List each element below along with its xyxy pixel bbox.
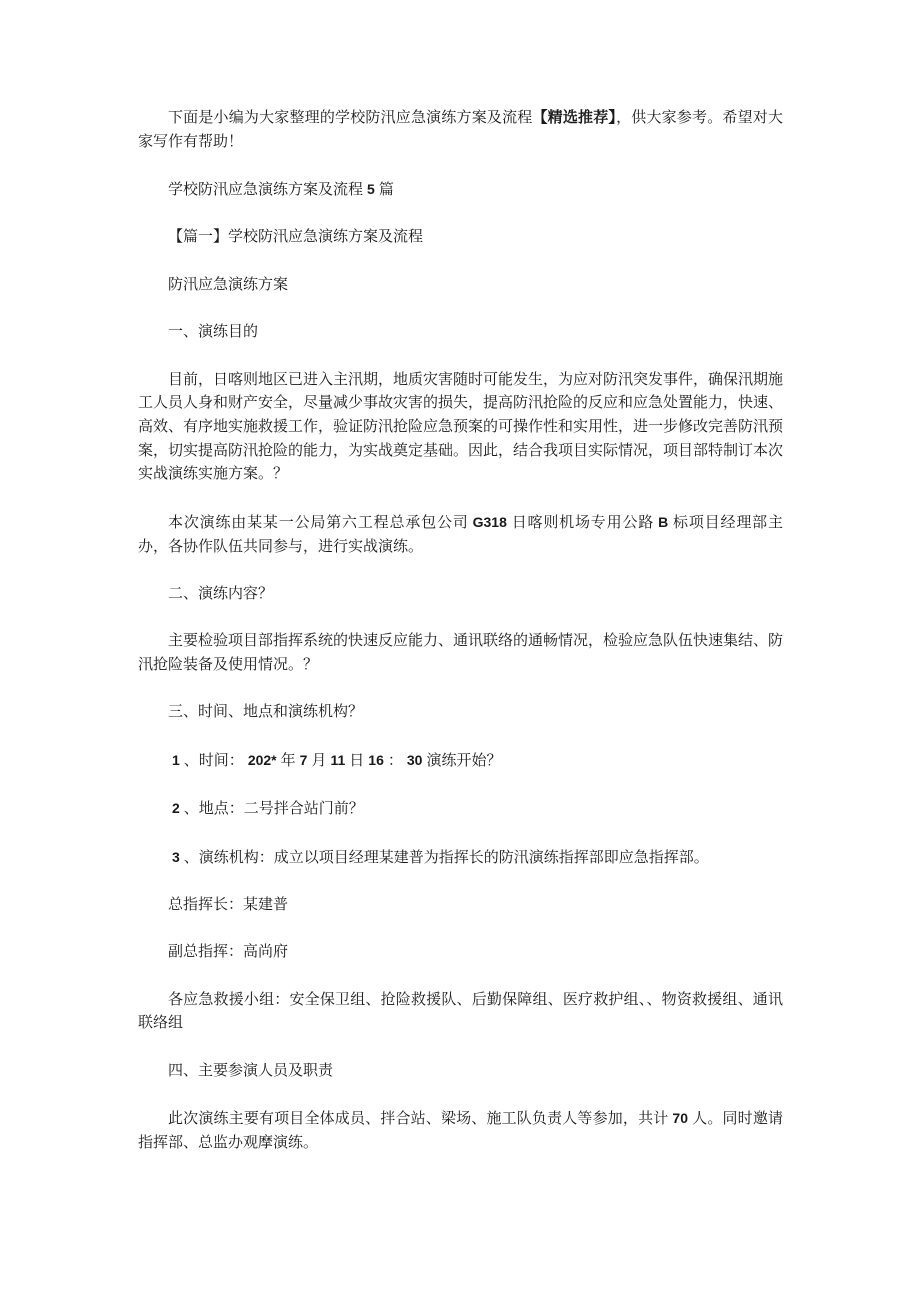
- paragraph-7: 本次演练由某某一公局第六工程总承包公司G318日喀则机场专用公路B标项目经理部主…: [138, 511, 783, 559]
- latin-text: 16: [364, 752, 388, 768]
- paragraph-11: 1、时间：202*年7月11日16：30演练开始？: [138, 749, 783, 774]
- latin-text: 30: [403, 752, 427, 768]
- latin-text: 7: [296, 752, 312, 768]
- latin-text: 202*: [244, 752, 281, 768]
- paragraph-4: 防汛应急演练方案: [138, 274, 783, 298]
- paragraph-8: 二、演练内容？: [138, 583, 783, 607]
- latin-text: G318: [469, 514, 511, 530]
- paragraph-17: 四、主要参演人员及职责: [138, 1060, 783, 1084]
- latin-text: 1: [168, 752, 184, 768]
- paragraph-5: 一、演练目的: [138, 321, 783, 345]
- paragraph-13: 3、演练机构：成立以项目经理某建普为指挥长的防汛演练指挥部即应急指挥部。: [138, 846, 783, 871]
- latin-text: 5: [363, 181, 379, 197]
- paragraph-2: 学校防汛应急演练方案及流程5篇: [138, 178, 783, 203]
- latin-text: 70: [668, 1110, 692, 1126]
- paragraph-1: 下面是小编为大家整理的学校防汛应急演练方案及流程【精选推荐】，供大家参考。希望对…: [138, 107, 783, 154]
- paragraph-9: 主要检验项目部指挥系统的快速反应能力、通讯联络的通畅情况，检验应急队伍快速集结、…: [138, 630, 783, 677]
- paragraph-6: 目前，日喀则地区已进入主汛期，地质灾害随时可能发生，为应对防汛突发事件，确保汛期…: [138, 369, 783, 488]
- paragraph-18: 此次演练主要有项目全体成员、拌合站、梁场、施工队负责人等参加，共计70人。同时邀…: [138, 1107, 783, 1155]
- latin-text: 3: [168, 849, 184, 865]
- paragraph-3: 【篇一】学校防汛应急演练方案及流程: [138, 226, 783, 250]
- document-page: 下面是小编为大家整理的学校防汛应急演练方案及流程【精选推荐】，供大家参考。希望对…: [0, 0, 920, 1301]
- latin-text: 11: [326, 752, 349, 768]
- latin-text: B: [654, 514, 672, 530]
- bold-text: 【精选推荐】: [532, 110, 616, 126]
- paragraph-16: 各应急救援小组：安全保卫组、抢险救援队、后勤保障组、医疗救护组、、物资救援组、通…: [138, 989, 783, 1036]
- paragraph-12: 2、地点：二号拌合站门前？: [138, 797, 783, 822]
- document-body: 下面是小编为大家整理的学校防汛应急演练方案及流程【精选推荐】，供大家参考。希望对…: [138, 107, 783, 1156]
- paragraph-15: 副总指挥：高尚府: [138, 941, 783, 965]
- latin-text: 2: [168, 800, 184, 816]
- paragraph-14: 总指挥长：某建普: [138, 894, 783, 918]
- paragraph-10: 三、时间、地点和演练机构？: [138, 701, 783, 725]
